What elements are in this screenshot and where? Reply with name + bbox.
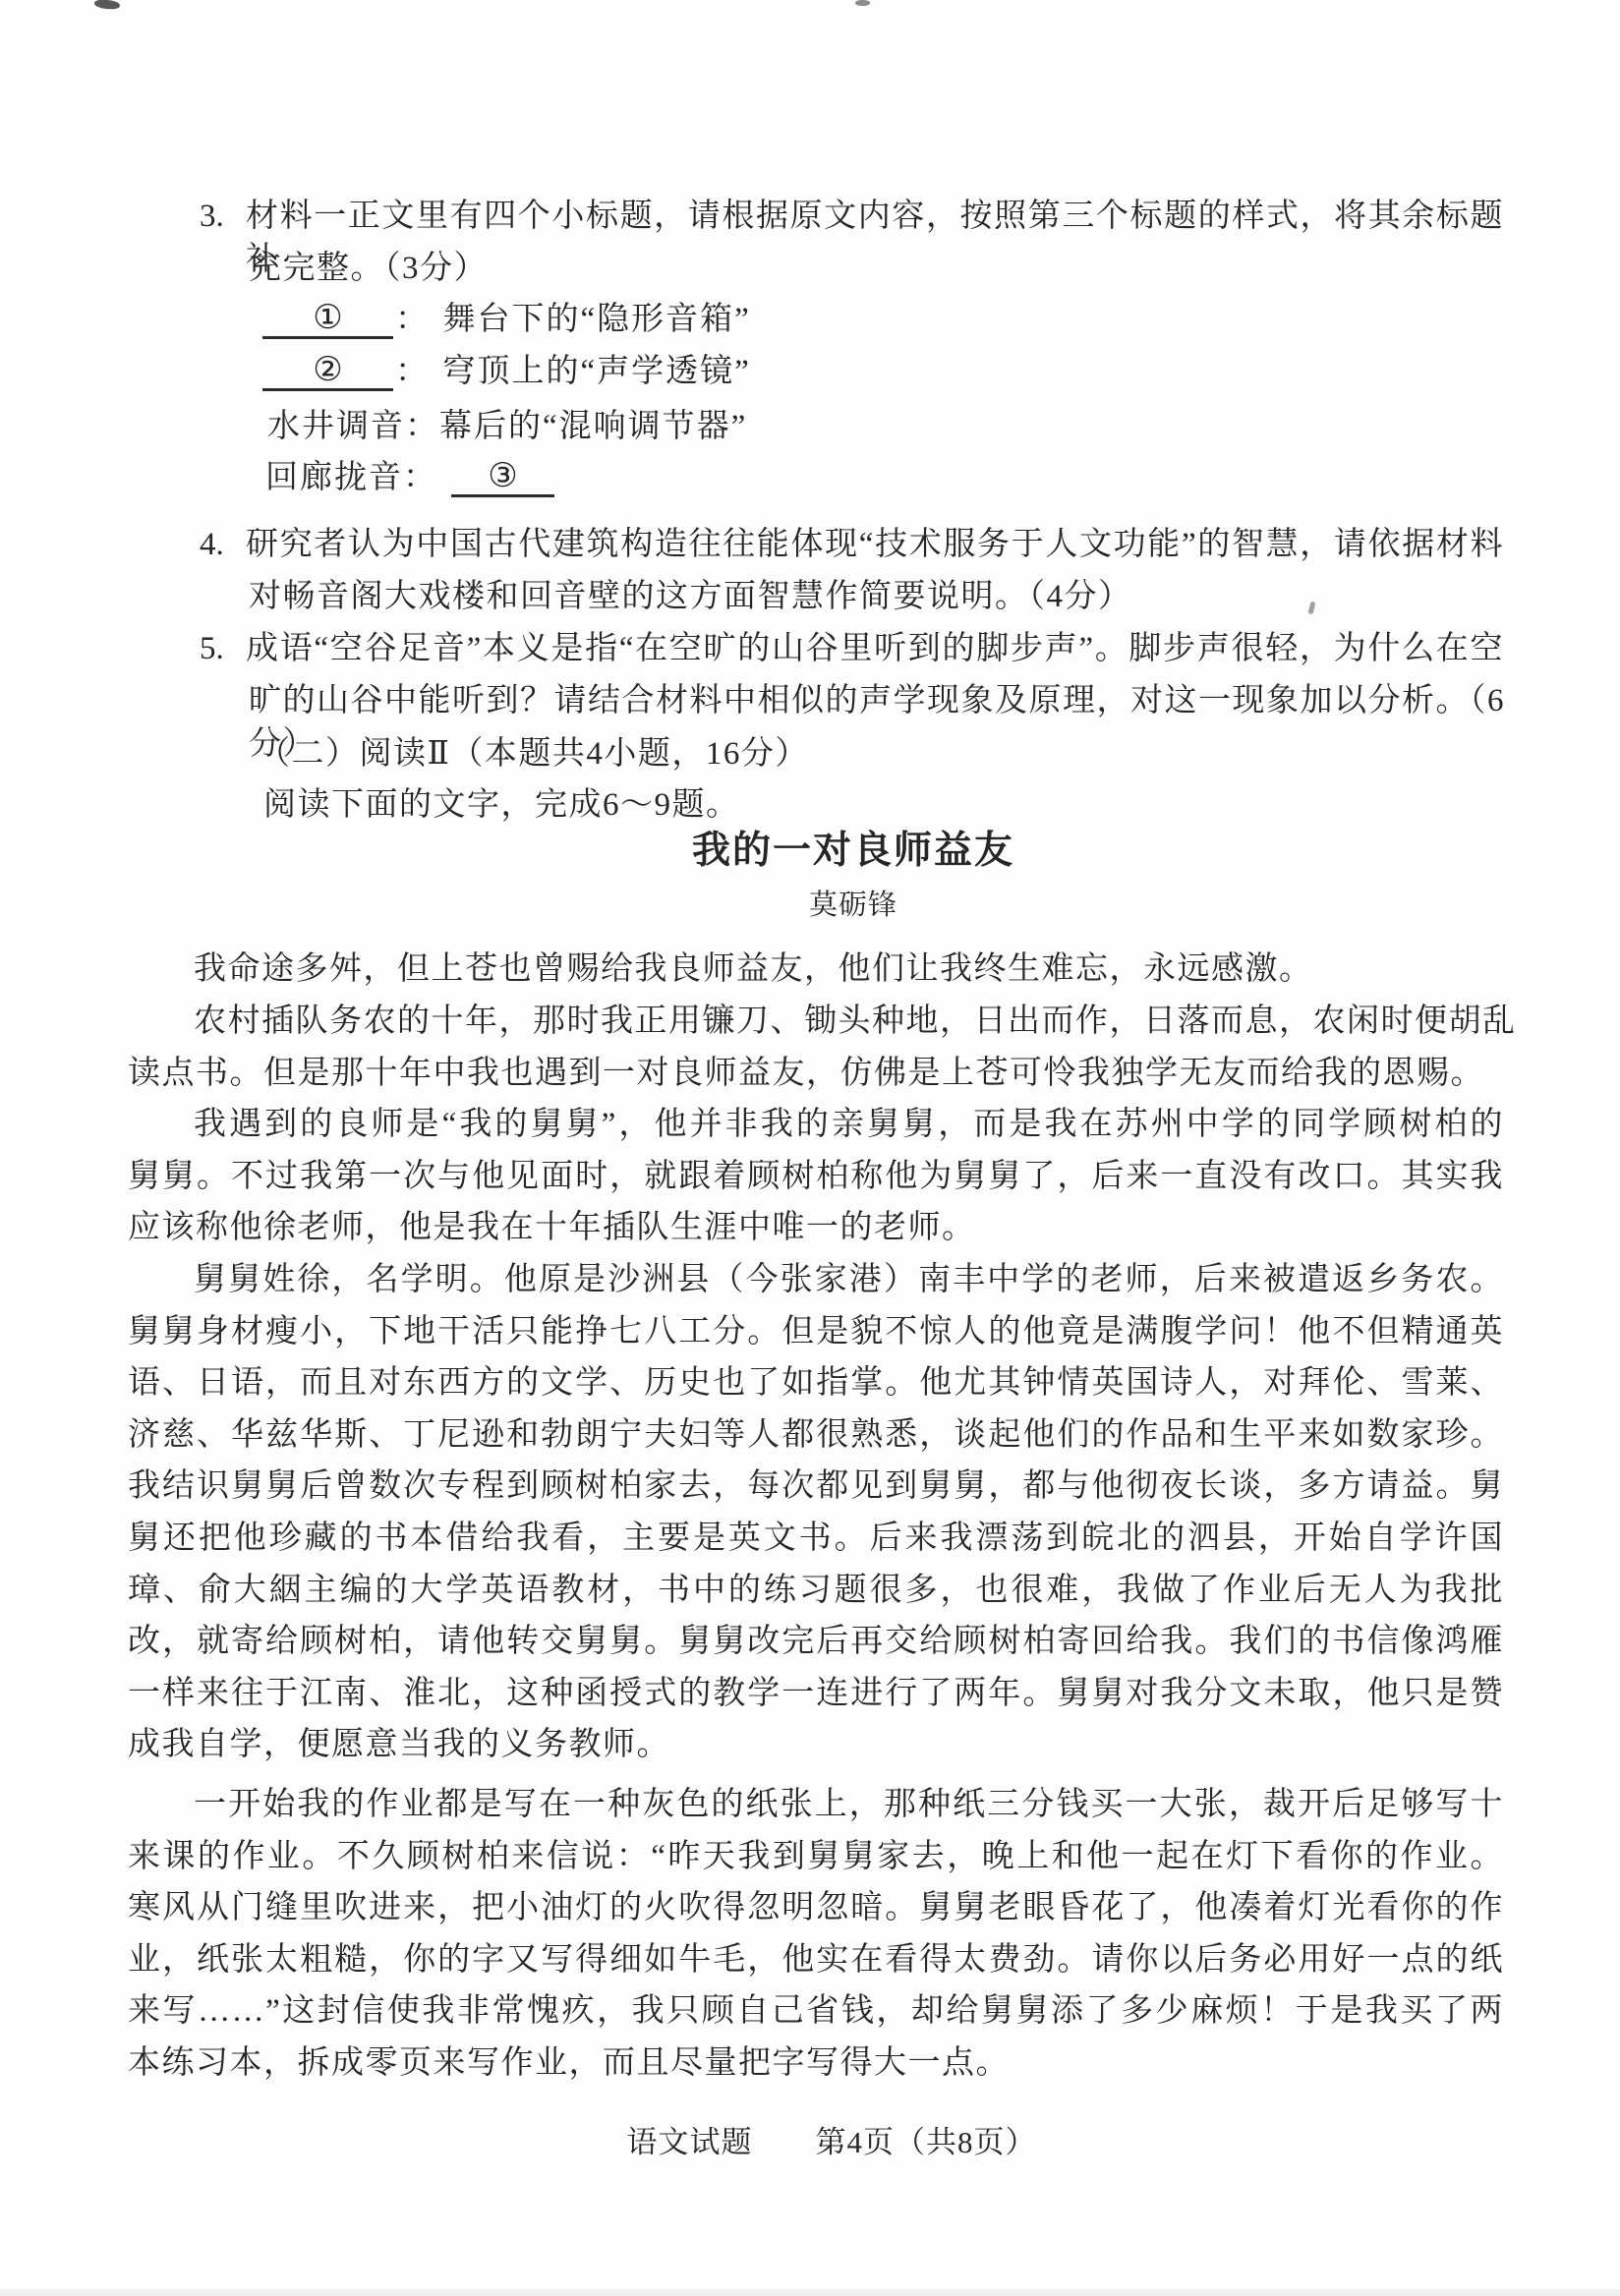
text-line: 我遇到的良师是“我的舅舅”，他并非我的亲舅舅，而是我在苏州中学的同学顾树柏的: [128, 1099, 1504, 1151]
text-line: 本练习本，拆成零页来写作业，而且尽量把字写得大一点。: [128, 2038, 1504, 2090]
ink-speck: [94, 0, 121, 10]
subtitle-label: 回廊拢音：: [265, 458, 437, 497]
text-line: 应该称他徐老师，他是我在十年插队生涯中唯一的老师。: [128, 1202, 1504, 1254]
question-4-line-2: 对畅音阁大戏楼和回音壁的这方面智慧作简要说明。（4分）: [249, 575, 1507, 618]
essay-title: 我的一对良师益友: [165, 828, 1541, 875]
circled-number-1: ①: [313, 300, 342, 336]
text-line: 业，纸张太粗糙，你的字又写得细如牛毛，他实在看得太费劲。请你以后务必用好一点的纸: [128, 1934, 1504, 1986]
answer-blank-underline: ②: [262, 351, 393, 391]
answer-blank-underline: ①: [262, 299, 393, 339]
text-line: 寒风从门缝里吹进来，把小油灯的火吹得忽明忽暗。舅舅老眼昏花了，他凑着灯光看你的作: [128, 1882, 1504, 1934]
question-4-number: 4.: [200, 523, 246, 566]
circled-number-3: ③: [488, 458, 517, 494]
essay-paragraph-5: 一开始我的作业都是写在一种灰色的纸张上，那种纸三分钱买一大张，裁开后足够写十来课…: [128, 1779, 1504, 2090]
text-line: 读点书。但是那十年中我也遇到一对良师益友，仿佛是上苍可怜我独学无友而给我的恩赐。: [128, 1048, 1504, 1100]
scan-edge-shadow: [0, 2289, 1620, 2296]
question-3-number: 3.: [200, 195, 246, 281]
question-4-text: 研究者认为中国古代建筑构造往往能体现“技术服务于人文功能”的智慧，请依据材料: [246, 523, 1504, 566]
circled-number-2: ②: [313, 352, 342, 388]
subtitle-text: 幕后的“混响调节器”: [439, 407, 747, 446]
text-line: 一开始我的作业都是写在一种灰色的纸张上，那种纸三分钱买一大张，裁开后足够写十: [128, 1779, 1504, 1831]
subtitle-item-2: ② ： 穹顶上的“声学透镜”: [262, 352, 751, 391]
essay-paragraph-4: 舅舅姓徐，名学明。他原是沙洲县（今张家港）南丰中学的老师，后来被遣返乡务农。舅舅…: [128, 1254, 1504, 1771]
text-line: 来写……”这封信使我非常愧疚，我只顾自己省钱，却给舅舅添了多少麻烦！于是我买了两: [128, 1985, 1504, 2038]
subtitle-label: 水井调音：: [267, 407, 439, 446]
question-3-line-2: 充完整。（3分）: [249, 247, 1507, 290]
page-footer: 语文试题 第4页（共8页）: [144, 2123, 1520, 2162]
text-line: 璋、俞大絪主编的大学英语教材，书中的练习题很多，也很难，我做了作业后无人为我批: [128, 1565, 1504, 1617]
question-5-number: 5.: [200, 627, 246, 670]
section-instruction: 阅读下面的文字，完成6～9题。: [263, 783, 740, 827]
text-line: 我命途多舛，但上苍也曾赐给我良师益友，他们让我终生难忘，永远感激。: [128, 944, 1504, 996]
question-5-line-1: 5. 成语“空谷足音”本义是指“在空旷的山谷里听到的脚步声”。脚步声很轻，为什么…: [200, 627, 1504, 670]
text-line: 语、日语，而且对东西方的文学、历史也了如指掌。他尤其钟情英国诗人，对拜伦、雪莱、: [128, 1357, 1504, 1409]
question-4-line-1: 4. 研究者认为中国古代建筑构造往往能体现“技术服务于人文功能”的智慧，请依据材…: [200, 523, 1504, 566]
text-line: 济慈、华兹华斯、丁尼逊和勃朗宁夫妇等人都很熟悉，谈起他们的作品和生平来如数家珍。: [128, 1409, 1504, 1462]
colon: ：: [395, 300, 430, 339]
text-line: 农村插队务农的十年，那时我正用镰刀、锄头种地，日出而作，日落而息，农闲时便胡乱: [128, 996, 1504, 1048]
text-line: 舅舅姓徐，名学明。他原是沙洲县（今张家港）南丰中学的老师，后来被遣返乡务农。: [128, 1254, 1504, 1306]
text-line: 舅舅身材瘦小，下地干活只能挣七八工分。但是貌不惊人的他竟是满腹学问！他不但精通英: [128, 1306, 1504, 1358]
essay-author: 莫砺锋: [165, 888, 1541, 923]
question-5-text: 成语“空谷足音”本义是指“在空旷的山谷里听到的脚步声”。脚步声很轻，为什么在空: [246, 627, 1504, 670]
section-heading: （二）阅读Ⅱ（本题共4小题，16分）: [258, 732, 809, 775]
subtitle-text: 舞台下的“隐形音箱”: [443, 300, 751, 339]
essay-paragraph-3: 我遇到的良师是“我的舅舅”，他并非我的亲舅舅，而是我在苏州中学的同学顾树柏的舅舅…: [128, 1099, 1504, 1254]
subtitle-item-1: ① ： 舞台下的“隐形音箱”: [262, 300, 751, 339]
text-line: 来课的作业。不久顾树柏来信说：“昨天我到舅舅家去，晚上和他一起在灯下看你的作业。: [128, 1831, 1504, 1883]
ink-speck: [855, 0, 870, 6]
text-line: 舅还把他珍藏的书本借给我看，主要是英文书。后来我漂荡到皖北的泗县，开始自学许国: [128, 1513, 1504, 1565]
answer-blank-underline: ③: [451, 457, 554, 497]
subtitle-item-4: 回廊拢音： ③: [265, 458, 554, 497]
subtitle-text: 穹顶上的“声学透镜”: [443, 352, 751, 391]
text-line: 舅舅。不过我第一次与他见面时，就跟着顾树柏称他为舅舅了，后来一直没有改口。其实我: [128, 1151, 1504, 1203]
exam-page: { "questions": { "q3": { "number": "3.",…: [0, 0, 1620, 2296]
text-line: 改，就寄给顾树柏，请他转交舅舅。舅舅改完后再交给顾树柏寄回给我。我们的书信像鸿雁: [128, 1616, 1504, 1668]
essay-paragraph-1: 我命途多舛，但上苍也曾赐给我良师益友，他们让我终生难忘，永远感激。: [128, 944, 1504, 996]
subtitle-item-3: 水井调音： 幕后的“混响调节器”: [267, 407, 747, 446]
colon: ：: [395, 352, 430, 391]
text-line: 一样来往于江南、淮北，这种函授式的教学一连进行了两年。舅舅对我分文未取，他只是赞: [128, 1668, 1504, 1720]
essay-paragraph-2: 农村插队务农的十年，那时我正用镰刀、锄头种地，日出而作，日落而息，农闲时便胡乱读…: [128, 996, 1504, 1099]
text-line: 我结识舅舅后曾数次专程到顾树柏家去，每次都见到舅舅，都与他彻夜长谈，多方请益。舅: [128, 1461, 1504, 1513]
text-line: 成我自学，便愿意当我的义务教师。: [128, 1719, 1504, 1771]
